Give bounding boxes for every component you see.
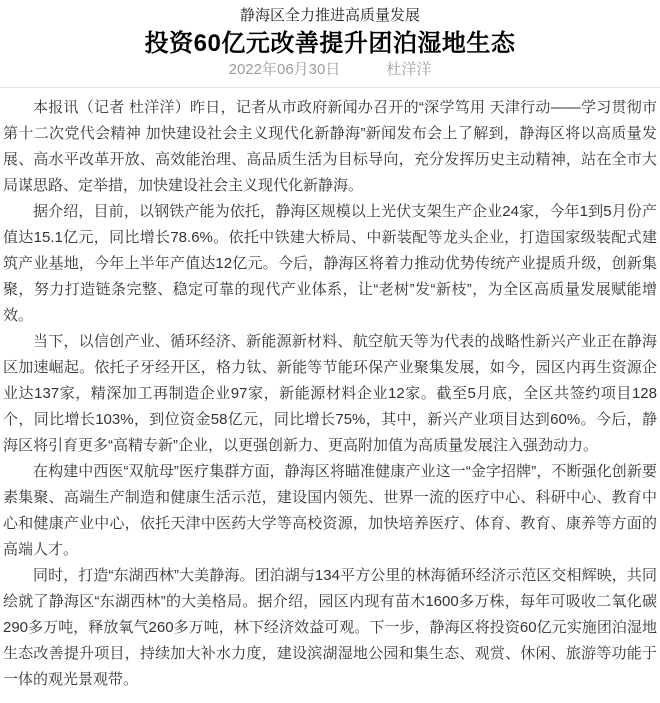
article-kicker: 静海区全力推进高质量发展 (0, 0, 660, 26)
author-name: 杜洋洋 (386, 61, 431, 79)
article-header: 静海区全力推进高质量发展 投资60亿元改善提升团泊湿地生态 2022年06月30… (0, 0, 660, 87)
paragraph: 本报讯（记者 杜洋洋）昨日，记者从市政府新闻办召开的“深学笃用 天津行动——学习… (3, 95, 657, 199)
article-meta: 2022年06月30日 杜洋洋 (0, 61, 660, 87)
publish-date: 2022年06月30日 (229, 61, 341, 79)
paragraph: 在构建中西医“双航母”医疗集群方面，静海区将瞄准健康产业这一“金字招牌”，不断强… (3, 459, 657, 563)
paragraph: 据介绍，目前，以钢铁产能为依托，静海区规模以上光伏支架生产企业24家，今年1到5… (3, 199, 657, 329)
news-article-page: 静海区全力推进高质量发展 投资60亿元改善提升团泊湿地生态 2022年06月30… (0, 0, 660, 703)
article-body: 本报讯（记者 杜洋洋）昨日，记者从市政府新闻办召开的“深学笃用 天津行动——学习… (0, 88, 660, 703)
paragraph: 当下，以信创产业、循环经济、新能源新材料、航空航天等为代表的战略性新兴产业正在静… (3, 329, 657, 459)
paragraph: 同时，打造“东湖西林”大美静海。团泊湖与134平方公里的林海循环经济示范区交相辉… (3, 563, 657, 693)
article-title: 投资60亿元改善提升团泊湿地生态 (0, 30, 660, 58)
